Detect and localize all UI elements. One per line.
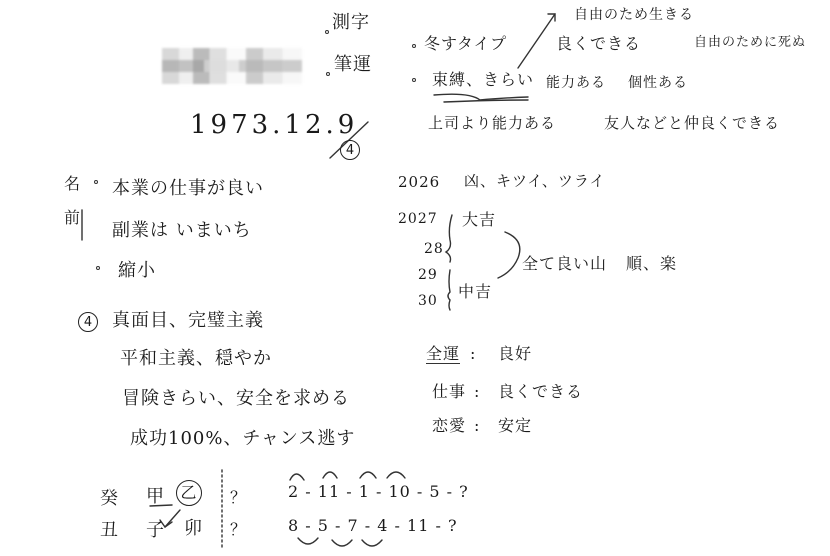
loop-stroke [332,540,352,546]
stem-kanoto: 癸 [100,490,119,508]
bullet-dot [94,180,98,184]
year-2030: 30 [418,294,438,308]
birth-number-badge: 4 [340,140,360,160]
trait-vs-boss: 上司より能力ある [428,116,556,131]
branch-ne: 子 [146,522,165,540]
colon: : [470,346,476,362]
number4-line-safety: 冒険きらい、安全を求める [122,390,350,408]
loop-stroke [360,472,376,478]
name-line-main-job: 本業の仕事が良い [112,180,264,198]
brace-stroke [448,270,450,310]
far-note: 自由のために死ぬ [694,36,806,49]
bullet-dot [412,44,416,48]
arrow-head [548,14,555,21]
year-2026: 2026 [398,175,440,190]
brace-stroke [446,215,452,262]
bracket-stroke [498,232,520,278]
arrow-stroke [518,14,555,68]
trait-individuality: 個性ある [628,76,688,90]
trait-dislike-restraint: 束縛、きらい [432,72,534,88]
fortune-love-label: 恋愛 [432,418,466,434]
branch-unknown: ？ [230,522,247,538]
colon: : [474,418,480,434]
underline-stroke [434,94,528,100]
bullet-dot [96,266,100,270]
name-line-side-job: 副業は いまいち [112,222,252,240]
year-2026-note: 凶、キツイ、ツライ [464,174,605,189]
loop-stroke [323,472,337,478]
label-chukichi: 中吉 [458,284,492,300]
number4-badge-wrap: 4 [78,312,98,332]
year-2029: 29 [418,268,438,282]
bullet-dot [412,78,416,82]
type-result: 良くできる [556,36,641,52]
stem-kinoto: 乙 [180,485,197,501]
method-hitsuun: 筆運 [334,56,372,74]
type-line: 冬すタイプ [424,36,507,52]
stem-kinoe: 甲 [146,488,165,506]
loop-stroke [298,538,318,544]
name-label-top: 名 [64,176,81,192]
arrow-stroke [165,510,180,527]
loop-stroke [387,472,405,478]
year-2027: 2027 [398,212,438,226]
fortune-love-value: 安定 [498,418,532,434]
trait-capable: 能力ある [546,76,606,90]
sequence-row-2: 8 - 5 - 7 - 4 - 11 - ? [288,518,458,534]
name-label-bottom: 前 [64,210,81,226]
stem-kinoto-circle: 乙 [176,480,202,506]
number4-badge: 4 [78,312,98,332]
underline-stroke [444,100,528,102]
loop-stroke [362,540,382,546]
bullet-dot [326,72,330,76]
name-line-shrink: 縮小 [118,262,156,280]
number4-line-success: 成功100%、チャンス逃す [130,430,355,448]
number4-line-serious: 真面目、完璧主義 [112,312,264,330]
redacted-name [162,48,302,84]
bullet-dot [325,30,329,34]
fortune-overall-label: 全運 [426,346,460,364]
arrow-note: 自由のため生きる [574,8,694,22]
fortune-work-label: 仕事 [432,384,466,400]
loop-stroke [290,474,304,480]
label-daikichi: 大吉 [462,212,496,228]
forecast-summary: 全て良い山 [522,256,607,272]
stem-unknown: ？ [230,490,247,506]
colon: : [474,384,480,400]
birth-number: 4 [340,140,360,160]
branch-u: 卯 [184,520,203,538]
forecast-summary-tail: 順、楽 [626,256,677,272]
sequence-row-1: 2 - 11 - 1 - 10 - 5 - ? [288,484,469,500]
branch-ushi: 丑 [100,522,119,540]
year-2028: 28 [424,242,444,256]
fortune-overall-value: 良好 [498,346,532,362]
method-sokuji: 測字 [332,14,370,32]
trait-friends: 友人などと仲良くできる [604,116,780,131]
birthdate: 1973.12.9 [190,112,358,138]
fortune-work-value: 良くできる [498,384,583,400]
number4-line-peace: 平和主義、穏やか [120,350,272,368]
